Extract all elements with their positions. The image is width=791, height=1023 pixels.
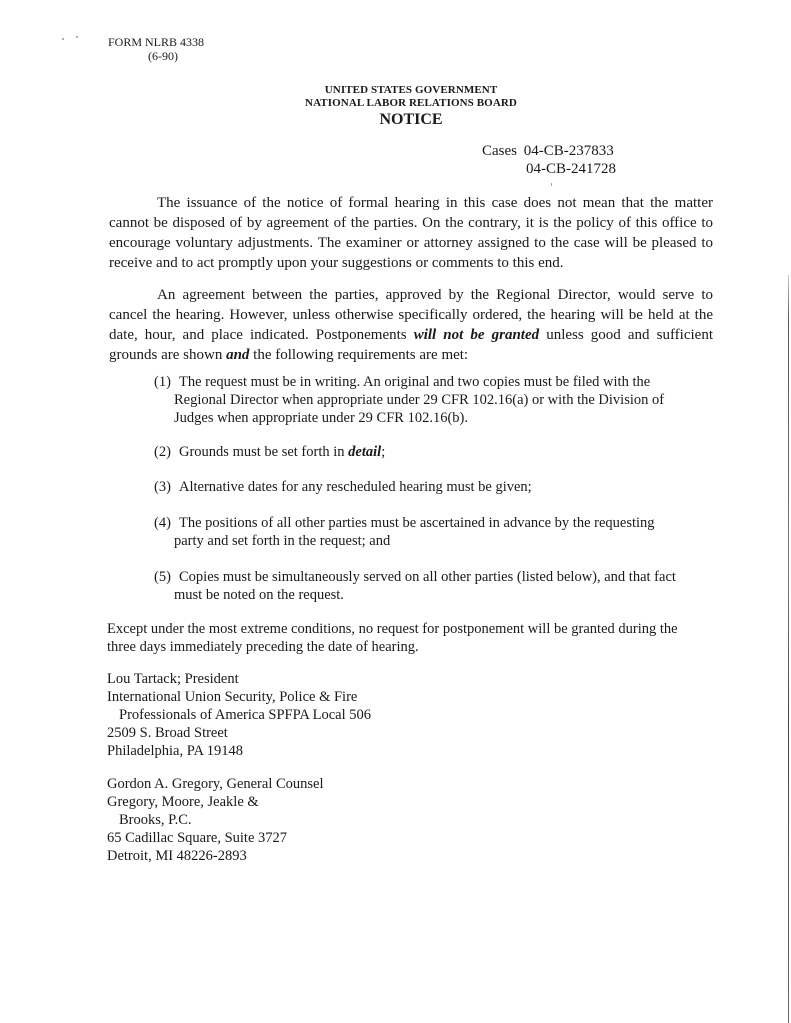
- address-line: 65 Cadillac Square, Suite 3727: [107, 829, 324, 847]
- address-line: Philadelphia, PA 19148: [107, 742, 371, 760]
- address-line: Detroit, MI 48226-2893: [107, 847, 324, 865]
- emphasis-and: and: [226, 347, 249, 363]
- requirement-text: ;: [381, 444, 385, 460]
- emphasis-detail: detail: [348, 444, 381, 460]
- address-line: Professionals of America SPFPA Local 506: [107, 706, 371, 724]
- requirement-number: (4): [154, 514, 179, 532]
- requirement-number: (3): [154, 478, 179, 496]
- requirement-item: (4)The positions of all other parties mu…: [154, 514, 714, 550]
- requirement-text: The positions of all other parties must …: [179, 515, 655, 531]
- form-number: FORM NLRB 4338: [108, 35, 204, 49]
- address-line: 2509 S. Broad Street: [107, 724, 371, 742]
- document-title: NOTICE: [0, 110, 791, 129]
- address-line: Gordon A. Gregory, General Counsel: [107, 775, 324, 793]
- case-number: 04-CB-241728: [526, 160, 616, 178]
- cases-label: Cases: [482, 142, 520, 160]
- scan-speck: [76, 36, 78, 38]
- requirement-item: (5)Copies must be simultaneously served …: [154, 568, 714, 604]
- requirement-text: must be noted on the request.: [154, 586, 714, 604]
- requirement-number: (1): [154, 373, 179, 391]
- address-line: Brooks, P.C.: [107, 811, 324, 829]
- requirement-item: (3)Alternative dates for any rescheduled…: [154, 478, 714, 496]
- form-revision: (6-90): [108, 49, 204, 63]
- paragraph-voluntary-adjustment: The issuance of the notice of formal hea…: [109, 193, 713, 273]
- case-numbers: Cases 04-CB-237833 04-CB-241728: [482, 142, 616, 178]
- requirement-item: (1)The request must be in writing. An or…: [154, 373, 714, 427]
- requirement-text: Grounds must be set forth in: [179, 444, 348, 460]
- requirement-number: (2): [154, 443, 179, 461]
- form-identifier: FORM NLRB 4338 (6-90): [108, 35, 204, 63]
- requirement-number: (5): [154, 568, 179, 586]
- address-line: International Union Security, Police & F…: [107, 688, 371, 706]
- scan-edge-artifact: [788, 275, 789, 1023]
- requirement-text: Regional Director when appropriate under…: [154, 391, 714, 409]
- document-header: UNITED STATES GOVERNMENT NATIONAL LABOR …: [0, 84, 791, 129]
- address-line: Lou Tartack; President: [107, 670, 371, 688]
- requirement-text: Judges when appropriate under 29 CFR 102…: [154, 409, 714, 427]
- paragraph-text: the following requirements are met:: [249, 347, 468, 363]
- requirement-text: The request must be in writing. An origi…: [179, 374, 650, 390]
- scan-speck: [62, 38, 64, 40]
- requirement-text: party and set forth in the request; and: [154, 532, 714, 550]
- closing-statement: Except under the most extreme conditions…: [107, 620, 707, 656]
- document-page: FORM NLRB 4338 (6-90) UNITED STATES GOVE…: [0, 0, 791, 1023]
- requirement-text: Alternative dates for any rescheduled he…: [179, 479, 532, 495]
- requirement-text: Copies must be simultaneously served on …: [179, 569, 676, 585]
- emphasis-will-not-be-granted: will not be granted: [414, 327, 539, 343]
- address-block-counsel: Gordon A. Gregory, General Counsel Grego…: [107, 775, 324, 865]
- address-block-union: Lou Tartack; President International Uni…: [107, 670, 371, 760]
- requirement-item: (2)Grounds must be set forth in detail;: [154, 443, 714, 461]
- header-line-government: UNITED STATES GOVERNMENT: [0, 84, 791, 97]
- paragraph-postponement-policy: An agreement between the parties, approv…: [109, 285, 713, 365]
- header-line-agency: NATIONAL LABOR RELATIONS BOARD: [0, 97, 791, 110]
- scan-speck: [551, 183, 552, 186]
- case-number: 04-CB-237833: [524, 142, 614, 160]
- address-line: Gregory, Moore, Jeakle &: [107, 793, 324, 811]
